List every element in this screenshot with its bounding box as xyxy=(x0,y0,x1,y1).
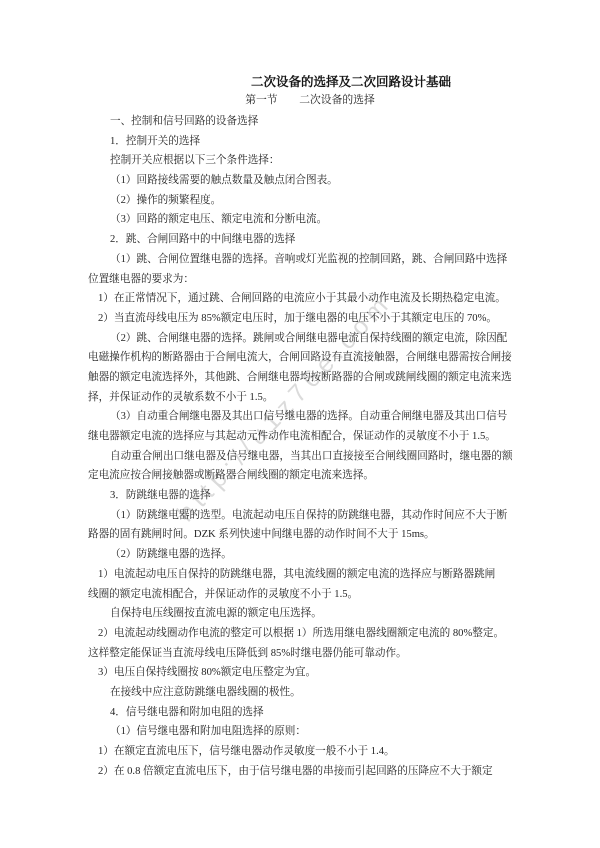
text-line: （2）防跳继电器的选择。 xyxy=(88,545,528,565)
text-line: 2）电流起动线圈动作电流的整定可以根据 1）所选用继电器线圈额定电流的 80%整… xyxy=(88,624,528,644)
text-line: （3）回路的额定电压、额定电流和分断电流。 xyxy=(88,210,528,230)
text-line: 位置继电器的要求为： xyxy=(88,270,528,290)
document-title: 二次设备的选择及二次回路设计基础 xyxy=(251,72,451,90)
text-line: （1）跳、合闸位置继电器的选择。音响或灯光监视的控制回路，跳、合闸回路中选择 xyxy=(88,250,528,270)
text-line: 电磁操作机构的断路器由于合闸电流大，合闸回路设有直流接触器，合闸继电器需按合闸接 xyxy=(88,348,528,368)
text-line: 继电器额定电流的选择应与其起动元件动作电流相配合，保证动作的灵敏度不小于 1.5… xyxy=(88,427,528,447)
body-text: 一、控制和信号回路的设备选择1．控制开关的选择控制开关应根据以下三个条件选择：（… xyxy=(88,112,528,781)
text-line: 1．控制开关的选择 xyxy=(88,132,528,152)
text-line: 在接线中应注意防跳继电器线圈的极性。 xyxy=(88,683,528,703)
text-line: 3．防跳继电器的选择 xyxy=(88,486,528,506)
text-line: （1）信号继电器和附加电阻选择的原则： xyxy=(88,722,528,742)
text-line: 一、控制和信号回路的设备选择 xyxy=(88,112,528,132)
text-line: （3）自动重合闸继电器及其出口信号继电器的选择。自动重合闸继电器及其出口信号 xyxy=(88,407,528,427)
text-line: 路器的固有跳闸时间。DZK 系列快速中间继电器的动作时间不大于 15ms。 xyxy=(88,525,528,545)
text-line: 1）电流起动电压自保持的防跳继电器，其电流线圈的额定电流的选择应与断路器跳闸 xyxy=(88,565,528,585)
text-line: （2）跳、合闸继电器的选择。跳闸或合闸继电器电流自保持线圈的额定电流，除因配 xyxy=(88,329,528,349)
text-line: 1）在额定直流电压下，信号继电器动作灵敏度一般不小于 1.4。 xyxy=(88,742,528,762)
section-heading: 第一节 二次设备的选择 xyxy=(245,92,375,107)
text-line: 2）在 0.8 倍额定直流电压下，由于信号继电器的串接而引起回路的压降应不大于额… xyxy=(88,762,528,782)
text-line: 自动重合闸出口继电器及信号继电器，当其出口直接接至合闸线圈回路时，继电器的额 xyxy=(88,447,528,467)
text-line: 2）当直流母线电压为 85%额定电压时，加于继电器的电压不小于其额定电压的 70… xyxy=(88,309,528,329)
text-line: 自保持电压线圈按直流电源的额定电压选择。 xyxy=(88,604,528,624)
text-line: （1）回路接线需要的触点数量及触点闭合图表。 xyxy=(88,171,528,191)
text-line: 控制开关应根据以下三个条件选择： xyxy=(88,151,528,171)
text-line: 这样整定能保证当直流母线电压降低到 85%时继电器仍能可靠动作。 xyxy=(88,644,528,664)
document-page: http://u1z76e.com 二次设备的选择及二次回路设计基础 第一节 二… xyxy=(0,0,600,848)
text-line: 4．信号继电器和附加电阻的选择 xyxy=(88,703,528,723)
text-line: 触器的额定电流选择外，其他跳、合闸继电器均按断路器的合闸或跳闸线圈的额定电流来选 xyxy=(88,368,528,388)
text-line: 定电流应按合闸接触器或断路器合闸线圈的额定电流来选择。 xyxy=(88,466,528,486)
text-line: 线圈的额定电流相配合，并保证动作的灵敏度不小于 1.5。 xyxy=(88,585,528,605)
text-line: 择，并保证动作的灵敏系数不小于 1.5。 xyxy=(88,388,528,408)
text-line: （2）操作的频繁程度。 xyxy=(88,191,528,211)
text-line: （1）防跳继电器的选型。电流起动电压自保持的防跳继电器，其动作时间应不大于断 xyxy=(88,506,528,526)
text-line: 3）电压自保持线圈按 80%额定电压整定为宜。 xyxy=(88,663,528,683)
text-line: 2．跳、合闸回路中的中间继电器的选择 xyxy=(88,230,528,250)
text-line: 1）在正常情况下，通过跳、合闸回路的电流应小于其最小动作电流及长期热稳定电流。 xyxy=(88,289,528,309)
